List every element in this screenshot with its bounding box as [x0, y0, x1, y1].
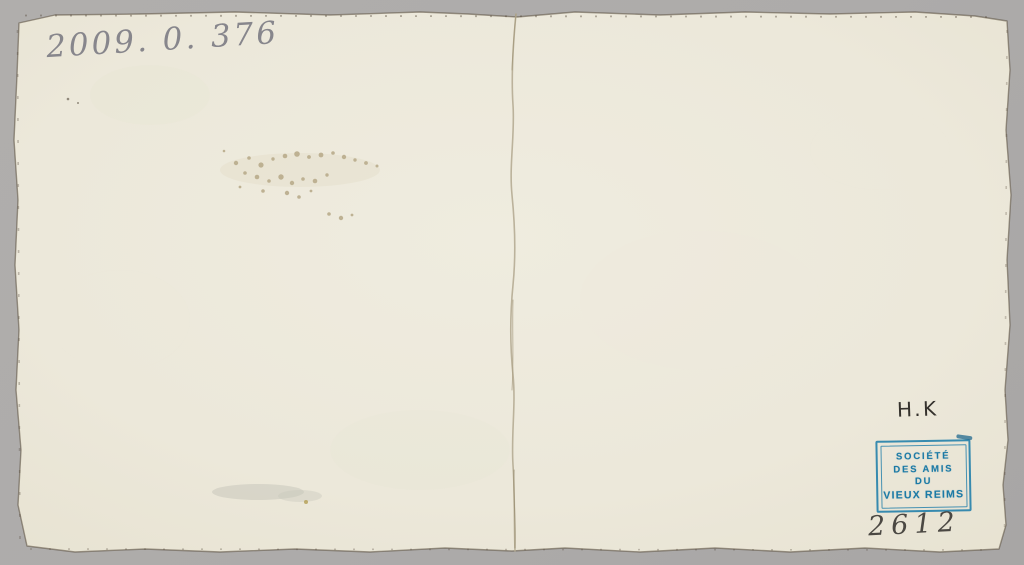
photo-backdrop: 2009. 0. 376 H.K SOCIÉTÉ DES AMIS DU VIE…: [0, 0, 1024, 565]
card-verso-photo: [0, 0, 1024, 565]
stamp-line: VIEUX REIMS: [882, 488, 966, 502]
initials-handwriting: H.K: [897, 396, 939, 421]
collection-number-handwriting: 2612: [867, 507, 961, 543]
societe-amis-vieux-reims-stamp: SOCIÉTÉ DES AMIS DU VIEUX REIMS: [875, 439, 971, 513]
stamp-ink-smudge: [956, 434, 972, 440]
stamp-inner-border: SOCIÉTÉ DES AMIS DU VIEUX REIMS: [880, 444, 967, 508]
